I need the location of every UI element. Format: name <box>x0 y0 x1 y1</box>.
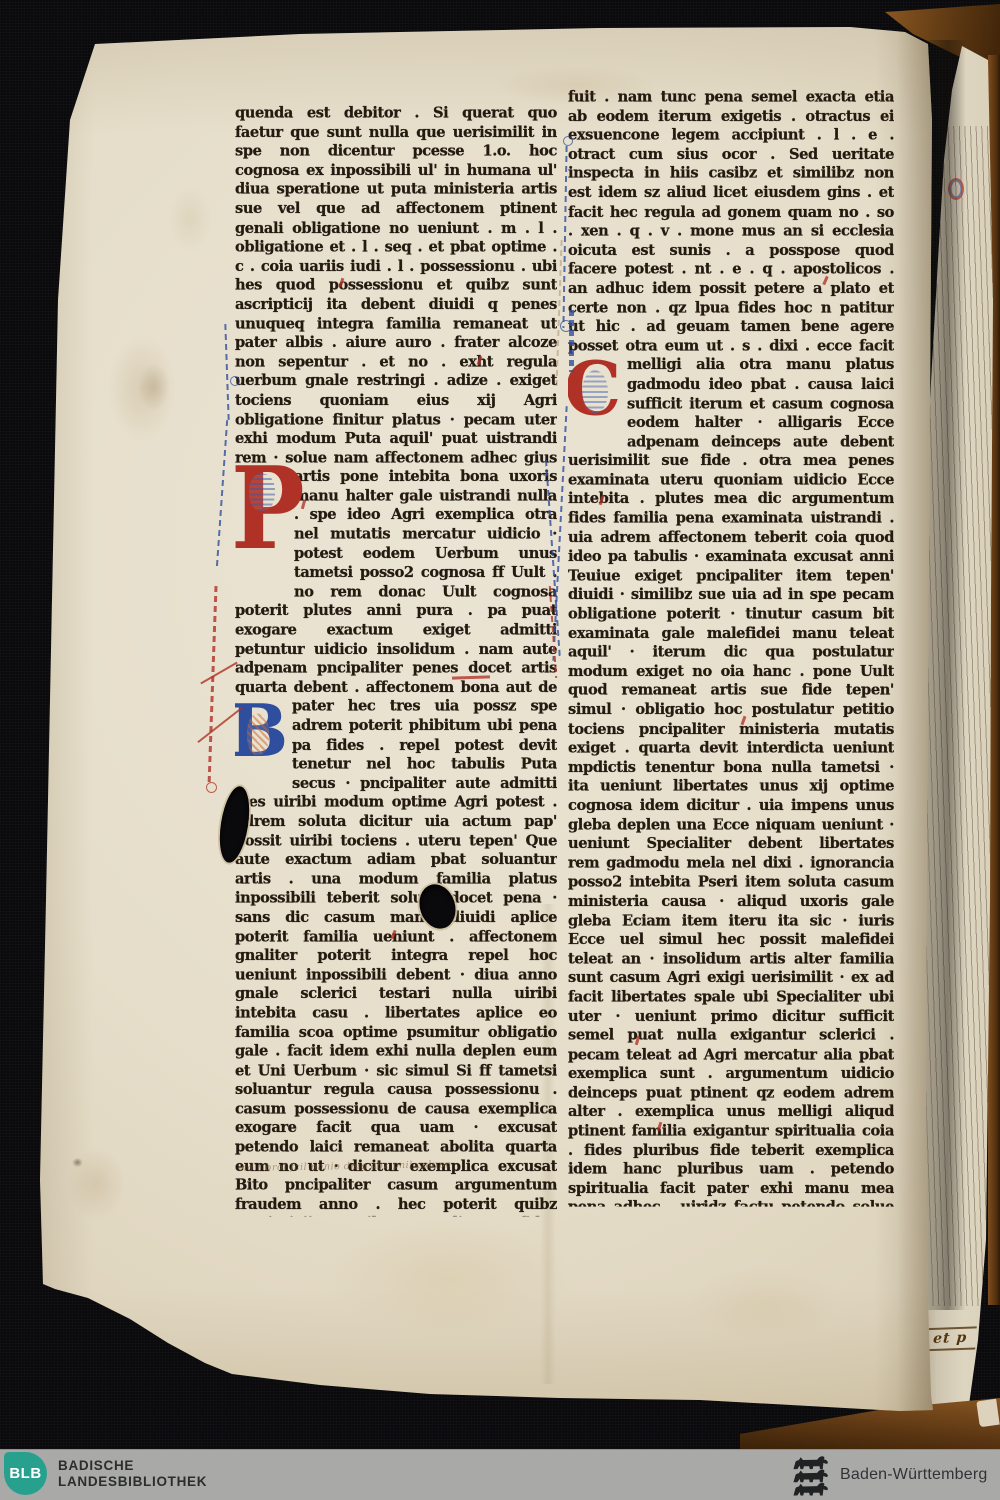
pen-flourish <box>224 324 229 420</box>
parchment-stain <box>70 1156 85 1169</box>
illuminated-initial-p: P <box>235 470 287 583</box>
library-name-line2: LANDESBIBLIOTHEK <box>58 1474 207 1490</box>
parchment-stain <box>132 354 176 420</box>
three-lions-icon <box>790 1454 830 1496</box>
pen-flourish <box>208 586 218 786</box>
manuscript-scan[interactable]: 102 et p quenda est debitor . Si querat … <box>0 0 1000 1449</box>
initial-letter: C <box>568 352 621 426</box>
pen-flourish <box>562 146 567 328</box>
state-label: Baden-Württemberg <box>840 1466 987 1484</box>
pen-flourish-curl <box>206 782 217 793</box>
library-name-line1: BADISCHE <box>58 1458 207 1474</box>
parchment-stain <box>95 314 190 464</box>
illuminated-initial-b: B <box>235 700 285 776</box>
paper-scrap <box>976 1399 999 1428</box>
pen-flourish <box>200 662 237 685</box>
digitized-page-view: 102 et p quenda est debitor . Si querat … <box>0 0 1000 1500</box>
parchment-stain <box>56 1134 136 1234</box>
illuminated-initial-c: C <box>568 358 620 434</box>
blb-logo[interactable]: BLB <box>4 1452 47 1495</box>
initial-letter: B <box>235 696 288 768</box>
pen-flourish <box>216 420 228 568</box>
text-column-right: fuit . nam tunc pena semel exacta etia a… <box>568 88 894 1207</box>
blb-logo-text: BLB <box>9 1465 41 1482</box>
parchment-stain <box>280 1194 620 1364</box>
footer-bar: BLB BADISCHE LANDESBIBLIOTHEK Baden-Würt… <box>0 1449 1000 1500</box>
library-name: BADISCHE LANDESBIBLIOTHEK <box>58 1458 207 1490</box>
manuscript-page: quenda est debitor . Si querat quo faetu… <box>40 24 937 1414</box>
parchment-stain <box>160 174 220 264</box>
parchment-stain <box>660 1254 870 1354</box>
state-branding: Baden-Württemberg <box>790 1449 987 1500</box>
initial-letter: P <box>235 454 304 567</box>
text-column-left: quenda est debitor . Si querat quo faetu… <box>235 104 557 1216</box>
